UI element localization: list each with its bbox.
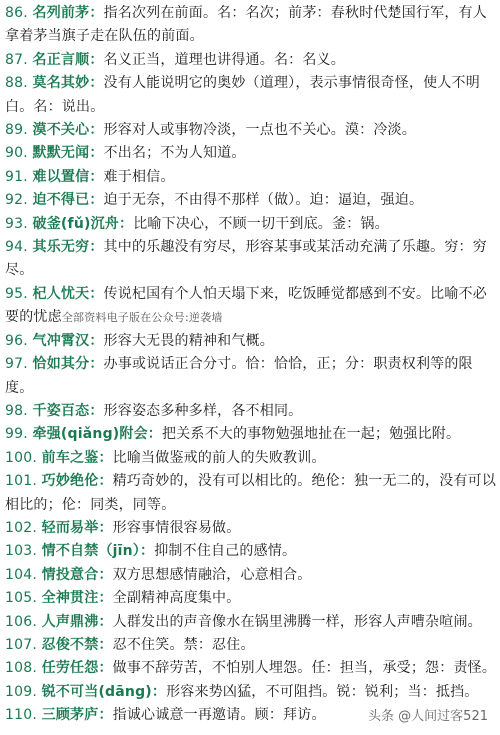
idiom-term: 锐不可当(dāng) [42,684,152,700]
idiom-term: 情投意合 [42,567,99,583]
idiom-entry-105: 105. 全神贯注：全副精神高度集中。 [5,587,497,610]
separator: ： [89,239,103,255]
idiom-entry-107: 107. 忍俊不禁：忍不住笑。禁：忍住。 [5,634,497,657]
entry-number: 94. [5,239,28,255]
idiom-term: 杞人忧天 [33,286,90,302]
separator: ： [89,356,103,372]
entry-number: 96. [5,333,28,349]
idiom-entry-86: 86. 名列前茅：指名次列在前面。名：名次；前茅：春秋时代楚国行军，有人拿着茅当… [5,2,497,49]
separator: ： [89,286,103,302]
idiom-definition: 迫于无奈，不由得不那样（做）。迫：逼迫，强迫。 [104,192,424,208]
entry-number: 98. [5,403,28,419]
separator: ： [89,145,103,161]
idiom-entry-101: 101. 巧妙绝伦：精巧奇妙的，没有可以相比的。绝伦：独一无二的，没有可以相比的… [5,470,497,517]
idiom-definition: 不出名；不为人知道。 [104,145,246,161]
idiom-term: 忍俊不禁 [42,637,99,653]
separator: ： [98,660,112,676]
idiom-entry-88: 88. 莫名其妙：没有人能说明它的奥妙（道理），表示事情很奇怪，使人不明白。名：… [5,72,497,119]
idiom-entry-99: 99. 牵强(qiǎng)附会：把关系不大的事物勉强地扯在一起；勉强比附。 [5,423,497,446]
separator: ： [98,707,112,723]
separator: ： [98,614,112,630]
separator: ： [89,192,103,208]
entry-number: 110. [5,707,37,723]
entry-number: 102. [5,520,37,536]
idiom-definition: 人群发出的声音像水在锅里沸腾一样，形容人声嘈杂喧闹。 [113,614,482,630]
idiom-term: 情不自禁（jīn） [42,543,140,559]
idiom-entry-92: 92. 迫不得已：迫于无奈，不由得不那样（做）。迫：逼迫，强迫。 [5,189,497,212]
idiom-entry-97: 97. 恰如其分：办事或说话正合分寸。恰：恰恰，正；分：职责权利等的限度。 [5,353,497,400]
entry-number: 104. [5,567,37,583]
entry-number: 108. [5,660,37,676]
entry-number: 100. [5,450,37,466]
separator: ： [148,426,162,442]
idiom-term: 迫不得已 [33,192,90,208]
idiom-definition: 忍不住笑。禁：忍住。 [113,637,255,653]
separator: ： [89,75,103,91]
idiom-term: 三顾茅庐 [42,707,99,723]
separator: ： [98,590,112,606]
idiom-definition: 难于相信。 [104,169,175,185]
idiom-entry-108: 108. 任劳任怨：做事不辞劳苦，不怕别人埋怨。任：担当，承受；怨：责怪。 [5,657,497,680]
idiom-term: 难以置信 [33,169,90,185]
idiom-definition: 抑制不住自己的感情。 [154,543,296,559]
entry-number: 109. [5,684,37,700]
idiom-term: 前车之鉴 [42,450,99,466]
idiom-entry-106: 106. 人声鼎沸：人群发出的声音像水在锅里沸腾一样，形容人声嘈杂喧闹。 [5,611,497,634]
idiom-entry-102: 102. 轻而易举：形容事情很容易做。 [5,517,497,540]
idiom-entry-93: 93. 破釜(fǔ)沉舟：比喻下决心，不顾一切干到底。釜：锅。 [5,213,497,236]
idiom-entry-104: 104. 情投意合：双方思想感情融洽，心意相合。 [5,564,497,587]
separator: ： [140,543,154,559]
idiom-list: 86. 名列前茅：指名次列在前面。名：名次；前茅：春秋时代楚国行军，有人拿着茅当… [5,2,497,728]
idiom-entry-95: 95. 杞人忧天：传说杞国有个人怕天塌下来，吃饭睡觉都感到不安。比喻不必要的忧虑… [5,283,497,330]
separator: ： [119,216,133,232]
idiom-entry-94: 94. 其乐无穷：其中的乐趣没有穷尽，形容某事或某活动充满了乐趣。穷：穷尽。 [5,236,497,283]
separator: ： [89,403,103,419]
entry-number: 97. [5,356,28,372]
separator: ： [89,52,103,68]
entry-number: 95. [5,286,28,302]
entry-number: 107. [5,637,37,653]
separator: ： [152,684,166,700]
idiom-definition: 比喻当做鉴戒的前人的失败教训。 [113,450,326,466]
entry-number: 103. [5,543,37,559]
separator: ： [98,450,112,466]
entry-number: 99. [5,426,28,442]
entry-number: 88. [5,75,28,91]
separator: ： [98,473,112,489]
entry-number: 105. [5,590,37,606]
idiom-entry-90: 90. 默默无闻：不出名；不为人知道。 [5,142,497,165]
idiom-term: 莫名其妙 [33,75,90,91]
idiom-definition: 形容来势凶猛，不可阻挡。锐：锐利；当：抵挡。 [166,684,478,700]
idiom-term: 全神贯注 [42,590,99,606]
idiom-term: 名列前茅 [33,5,90,21]
entry-number: 106. [5,614,37,630]
idiom-definition: 双方思想感情融洽，心意相合。 [113,567,312,583]
idiom-definition: 指诚心诚意一再邀请。顾：拜访。 [113,707,326,723]
idiom-definition: 形容事情很容易做。 [113,520,241,536]
idiom-entry-109: 109. 锐不可当(dāng)：形容来势凶猛，不可阻挡。锐：锐利；当：抵挡。 [5,681,497,704]
entry-number: 91. [5,169,28,185]
entry-number: 92. [5,192,28,208]
idiom-entry-87: 87. 名正言顺：名义正当，道理也讲得通。名：名义。 [5,49,497,72]
idiom-term: 名正言顺 [33,52,90,68]
idiom-term: 其乐无穷 [33,239,90,255]
idiom-definition: 把关系不大的事物勉强地扯在一起；勉强比附。 [162,426,460,442]
separator: ： [89,122,103,138]
entry-number: 93. [5,216,28,232]
idiom-entry-89: 89. 漠不关心：形容对人或事物冷淡，一点也不关心。漠：冷淡。 [5,119,497,142]
idiom-definition: 全副精神高度集中。 [113,590,241,606]
entry-number: 90. [5,145,28,161]
idiom-entry-100: 100. 前车之鉴：比喻当做鉴戒的前人的失败教训。 [5,447,497,470]
separator: ： [89,169,103,185]
idiom-term: 千姿百态 [33,403,90,419]
idiom-definition: 名义正当，道理也讲得通。名：名义。 [104,52,345,68]
idiom-definition: 形容对人或事物冷淡，一点也不关心。漠：冷淡。 [104,122,416,138]
idiom-term: 漠不关心 [33,122,90,138]
idiom-term: 任劳任怨 [42,660,99,676]
entry-number: 87. [5,52,28,68]
idiom-term: 轻而易举 [42,520,99,536]
separator: ： [98,520,112,536]
idiom-term: 巧妙绝伦 [42,473,99,489]
separator: ： [98,567,112,583]
promo-note: 全部资料电子版在公众号:逆袭墙 [62,311,223,324]
idiom-definition: 做事不辞劳苦，不怕别人埋怨。任：担当，承受；怨：责怪。 [113,660,496,676]
author-watermark: 头条 @人间过客521 [368,705,488,724]
idiom-term: 破釜(fǔ)沉舟 [33,216,119,232]
entry-number: 101. [5,473,37,489]
idiom-definition: 比喻下决心，不顾一切干到底。釜：锅。 [133,216,389,232]
idiom-term: 人声鼎沸 [42,614,99,630]
idiom-definition: 形容大无畏的精神和气概。 [104,333,274,349]
separator: ： [89,5,103,21]
idiom-term: 气冲霄汉 [33,333,90,349]
idiom-definition: 形容姿态多种多样，各不相同。 [104,403,303,419]
idiom-entry-103: 103. 情不自禁（jīn）：抑制不住自己的感情。 [5,540,497,563]
idiom-entry-98: 98. 千姿百态：形容姿态多种多样，各不相同。 [5,400,497,423]
entry-number: 86. [5,5,28,21]
separator: ： [98,637,112,653]
entry-number: 89. [5,122,28,138]
idiom-entry-96: 96. 气冲霄汉：形容大无畏的精神和气概。 [5,330,497,353]
idiom-entry-91: 91. 难以置信：难于相信。 [5,166,497,189]
idiom-term: 恰如其分 [33,356,90,372]
idiom-term: 牵强(qiǎng)附会 [33,426,148,442]
idiom-term: 默默无闻 [33,145,90,161]
separator: ： [89,333,103,349]
